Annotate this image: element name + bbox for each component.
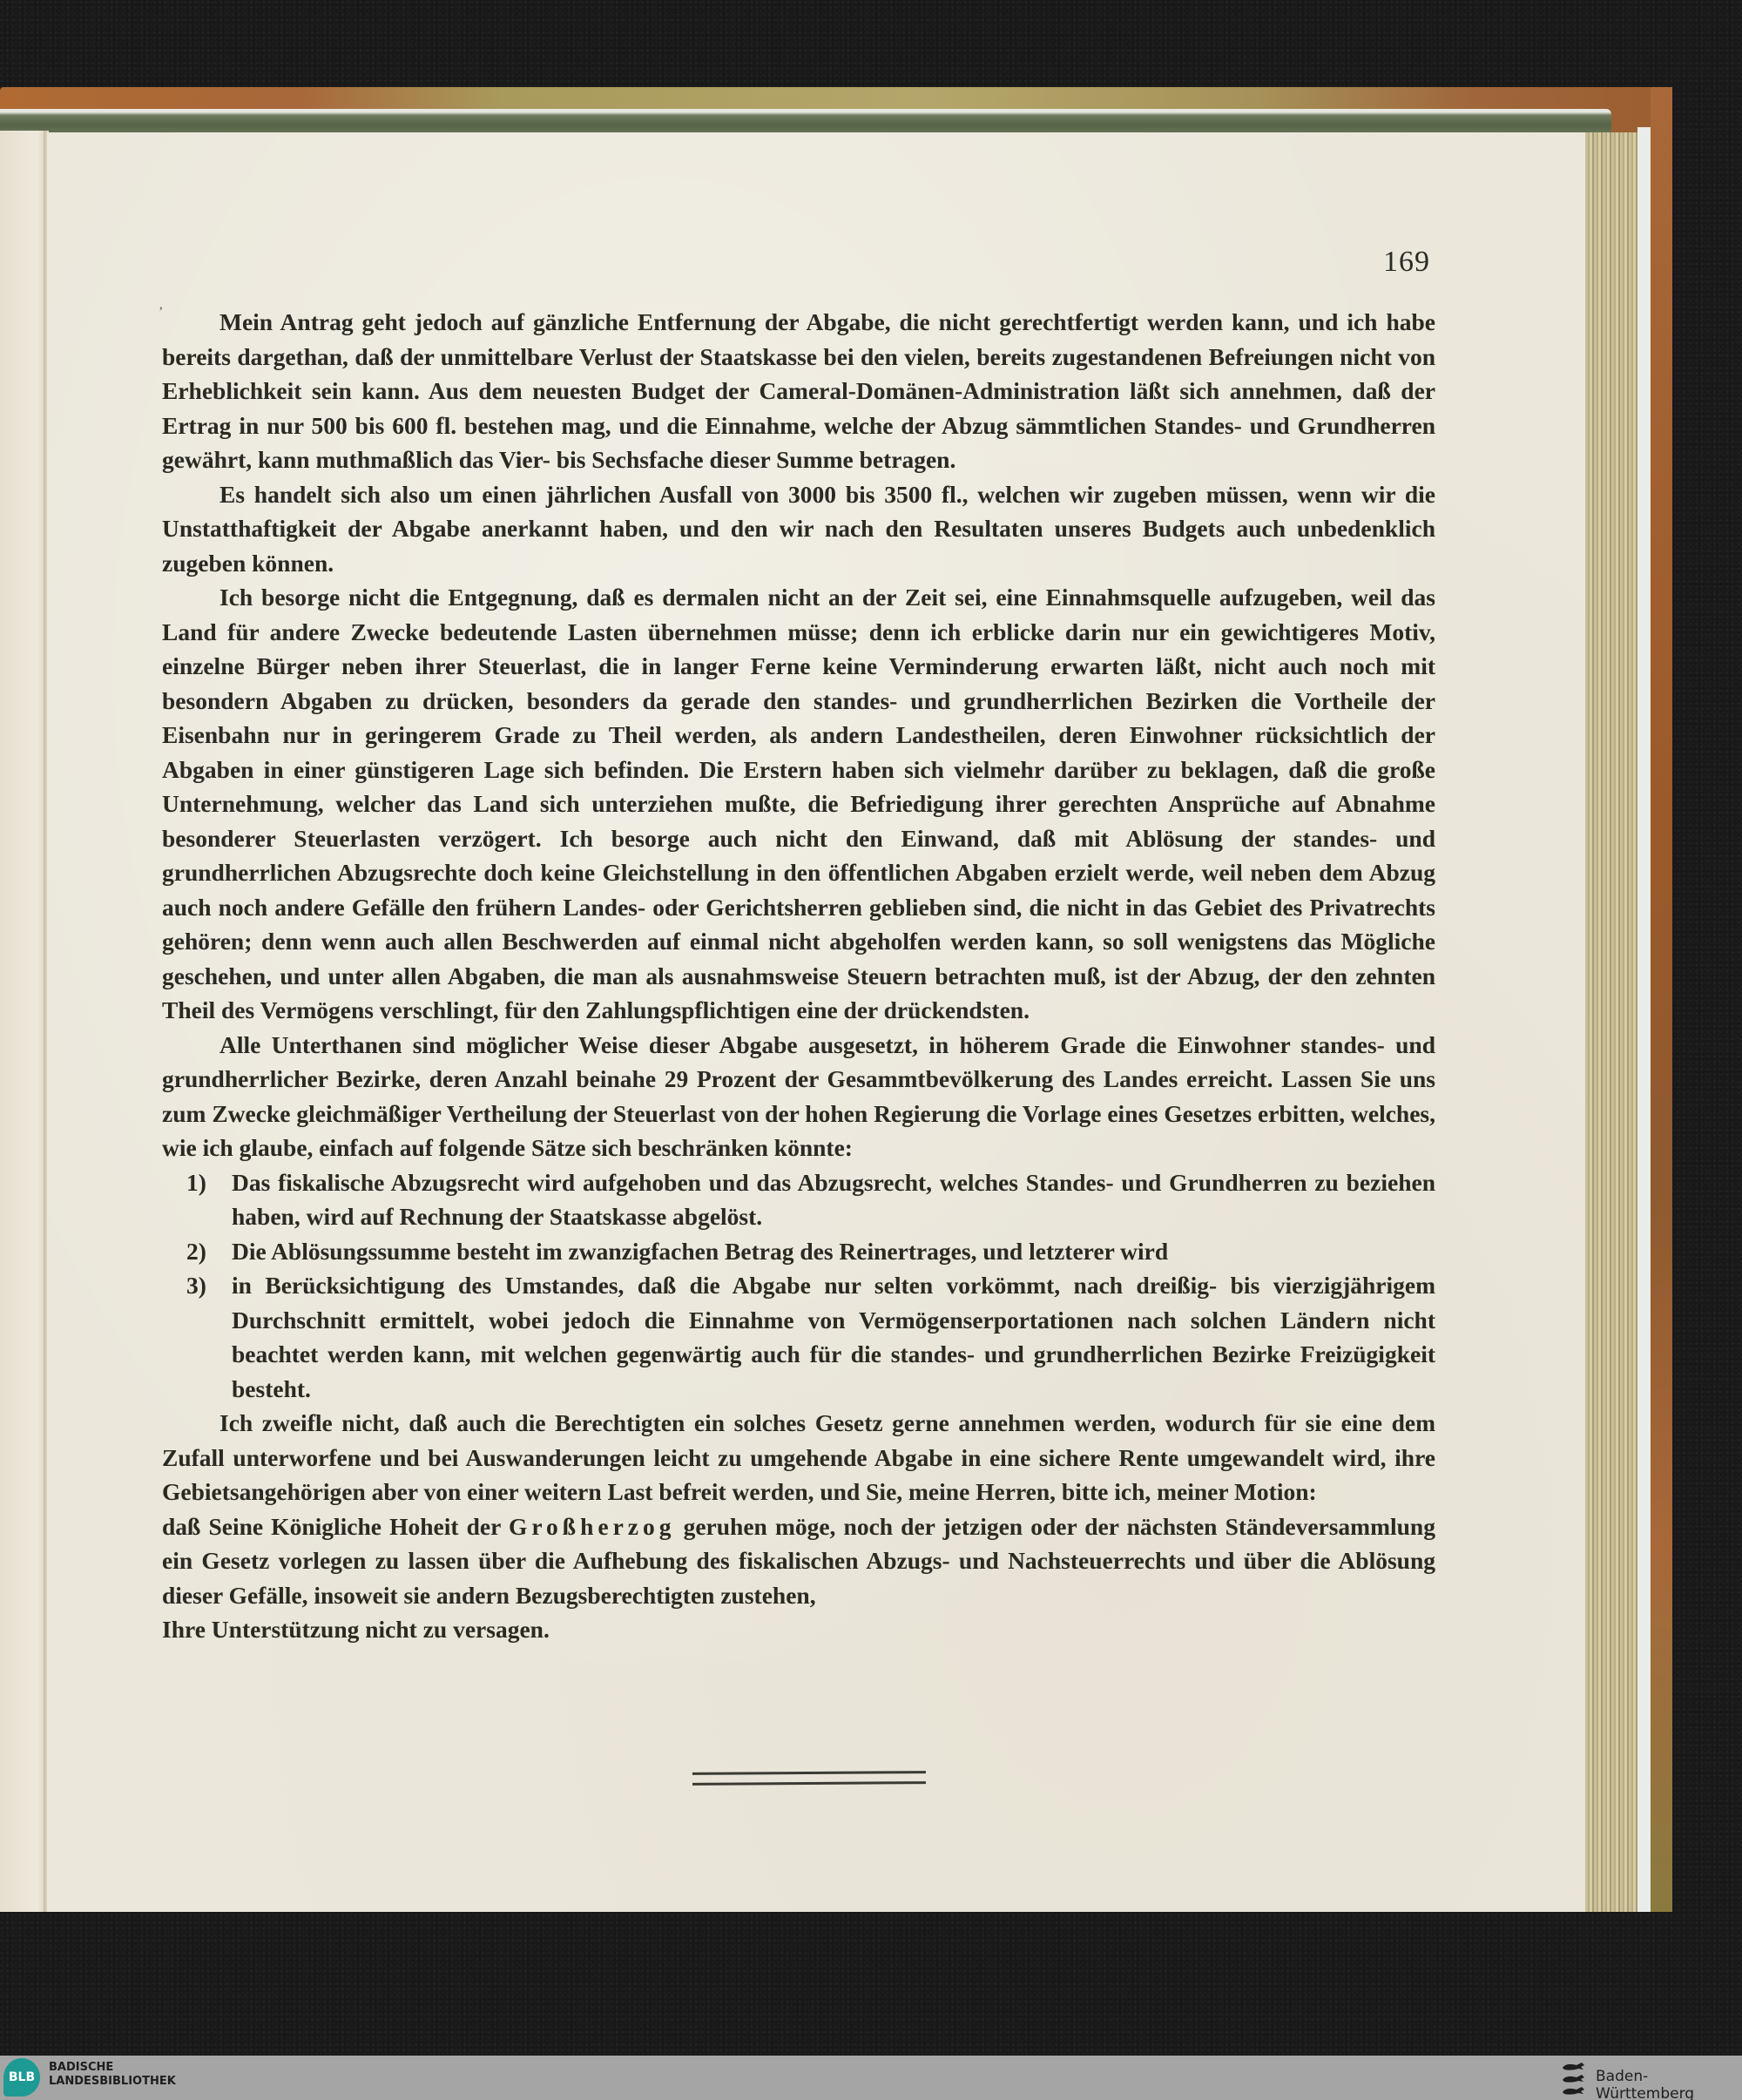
blb-logo-icon[interactable]: BLB <box>3 2058 40 2097</box>
page-body-text: Mein Antrag geht jedoch auf gänzliche En… <box>162 305 1435 1647</box>
paragraph-1: Mein Antrag geht jedoch auf gänzliche En… <box>162 305 1435 477</box>
list-text: Die Ablösungssumme besteht im zwanzigfac… <box>232 1234 1435 1269</box>
list-text: Das fiskalische Abzugsrecht wird aufgeho… <box>232 1165 1435 1234</box>
book-headband <box>0 109 1611 135</box>
paragraph-4: Alle Unterthanen sind möglicher Weise di… <box>162 1028 1435 1165</box>
paragraph-3: Ich besorge nicht die Entgegnung, daß es… <box>162 580 1435 1028</box>
closing-line: Ihre Unterstützung nicht zu versagen. <box>162 1612 1435 1647</box>
double-rule-divider <box>692 1771 926 1786</box>
blb-name: BADISCHE LANDESBIBLIOTHEK <box>49 2061 176 2089</box>
list-number: 1) <box>186 1165 232 1234</box>
left-page-sliver <box>0 131 47 1912</box>
page-fore-edge <box>1585 132 1642 1912</box>
list-number: 2) <box>186 1234 232 1269</box>
footer-bar: BLB BADISCHE LANDESBIBLIOTHEK Baden-Würt… <box>0 2056 1742 2100</box>
paragraph-2: Es handelt sich also um einen jährlichen… <box>162 477 1435 581</box>
motion-text: daß Seine Königliche Hoheit der Großherz… <box>162 1509 1435 1613</box>
book-cover-right-edge <box>1651 87 1672 1912</box>
baden-wuerttemberg-name[interactable]: Baden-Württemberg <box>1596 2068 1742 2100</box>
blb-name-line2: LANDESBIBLIOTHEK <box>49 2075 176 2089</box>
baden-wuerttemberg-lions-icon[interactable] <box>1561 2059 1587 2097</box>
list-item-1: 1) Das fiskalische Abzugsrecht wird aufg… <box>186 1165 1435 1234</box>
paragraph-5: Ich zweifle nicht, daß auch die Berechti… <box>162 1406 1435 1509</box>
motion-grossherzog: Großherzog <box>509 1513 676 1540</box>
list-number: 3) <box>186 1268 232 1406</box>
list-item-3: 3) in Berücksichtigung des Umstandes, da… <box>186 1268 1435 1406</box>
page-edge-white <box>1637 127 1651 1912</box>
list-text: in Berücksichtigung des Umstandes, daß d… <box>232 1268 1435 1406</box>
list-item-2: 2) Die Ablösungssumme besteht im zwanzig… <box>186 1234 1435 1269</box>
blb-name-line1: BADISCHE <box>49 2061 176 2075</box>
page-number: 169 <box>1383 246 1430 279</box>
motion-pre: daß Seine Königliche Hoheit der <box>162 1513 509 1540</box>
